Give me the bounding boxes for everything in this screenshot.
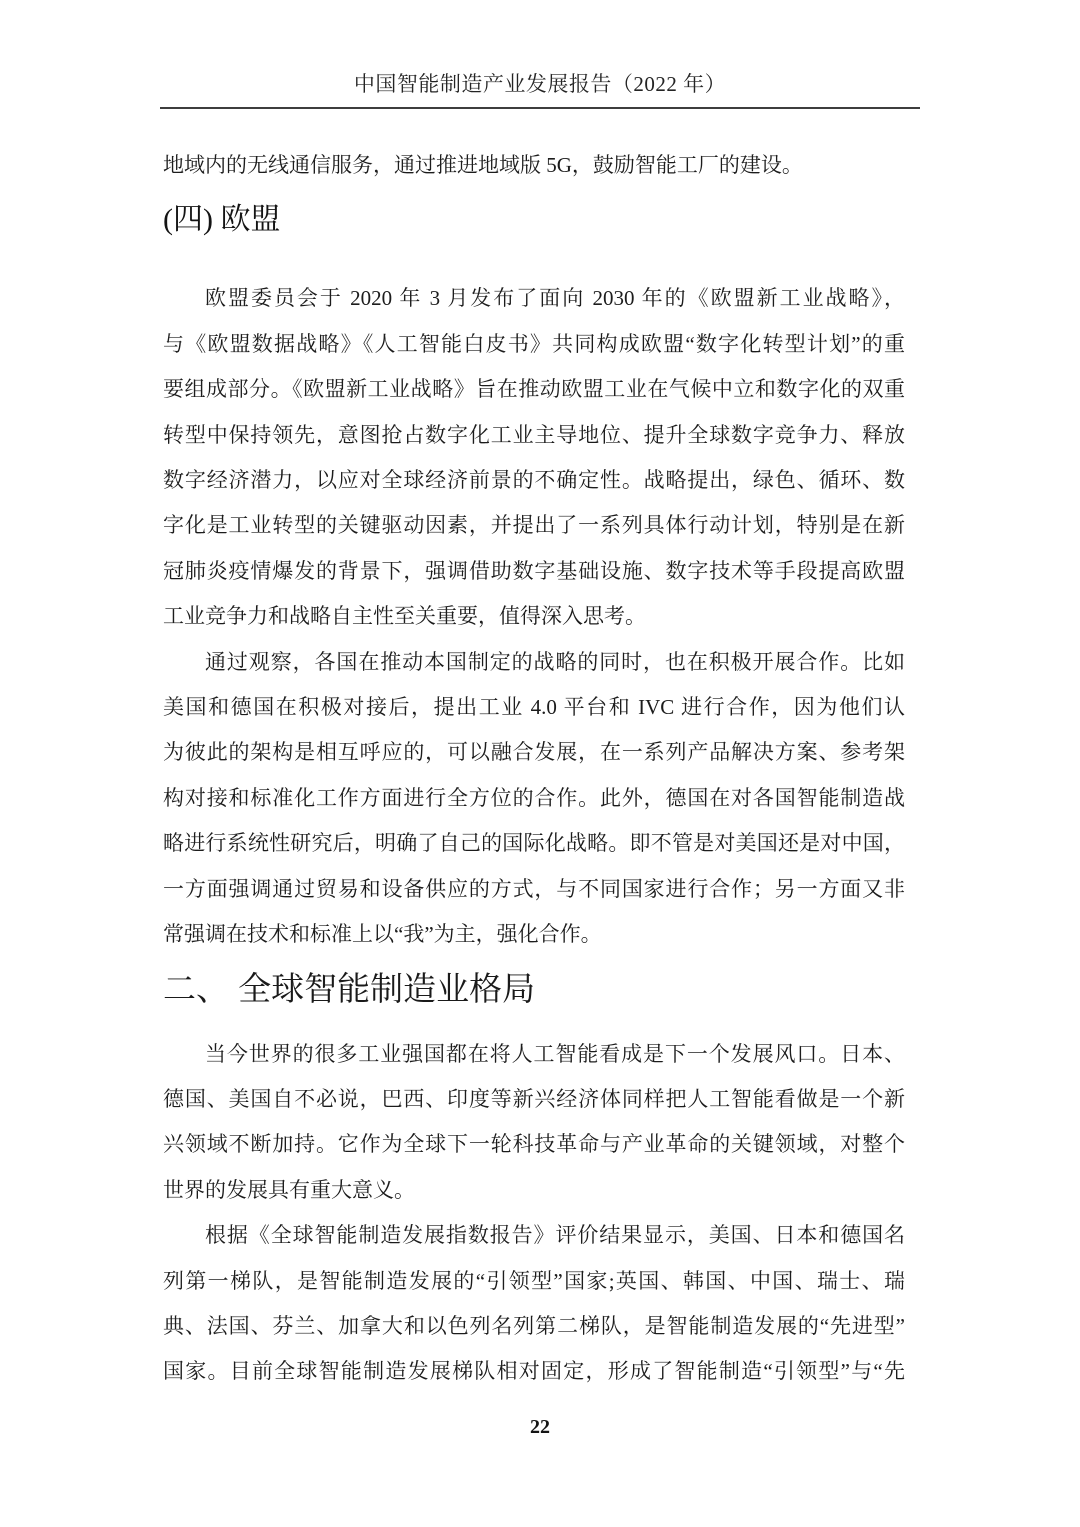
paragraph-cooperation: 通过观察，各国在推动本国制定的战略的同时，也在积极开展合作。比如 美国和德国在积… xyxy=(163,640,905,958)
section-heading-eu: (四) 欧盟 xyxy=(163,200,905,240)
document-page: 中国智能制造产业发展报告（2022 年） 地域内的无线通信服务，通过推进地域版 … xyxy=(0,0,1080,1527)
text-line: 美国和德国在积极对接后，提出工业 4.0 平台和 IVC 进行合作，因为他们认 xyxy=(163,685,905,730)
text-line: 列第一梯队，是智能制造发展的“引领型”国家;英国、韩国、中国、瑞士、瑞 xyxy=(163,1259,905,1304)
paragraph-index-report: 根据《全球智能制造发展指数报告》评价结果显示，美国、日本和德国名 列第一梯队，是… xyxy=(163,1213,905,1395)
section-heading-global: 二、 全球智能制造业格局 xyxy=(163,966,905,1012)
header-title: 中国智能制造产业发展报告（2022 年） xyxy=(354,72,726,96)
page-footer: 22 xyxy=(0,1415,1080,1439)
page-number: 22 xyxy=(530,1416,550,1438)
text-line: 常强调在技术和标准上以“我”为主，强化合作。 xyxy=(163,912,905,957)
header-rule: 中国智能制造产业发展报告（2022 年） xyxy=(160,70,920,109)
text-line: 一方面强调通过贸易和设备供应的方式，与不同国家进行合作；另一方面又非 xyxy=(163,867,905,912)
text-line: 字化是工业转型的关键驱动因素，并提出了一系列具体行动计划，特别是在新 xyxy=(163,503,905,548)
paragraph-world: 当今世界的很多工业强国都在将人工智能看成是下一个发展风口。日本、 德国、美国自不… xyxy=(163,1032,905,1214)
text-line: 构对接和标准化工作方面进行全方位的合作。此外，德国在对各国智能制造战 xyxy=(163,776,905,821)
text-line: 工业竞争力和战略自主性至关重要，值得深入思考。 xyxy=(163,594,905,639)
text-line: 数字经济潜力，以应对全球经济前景的不确定性。战略提出，绿色、循环、数 xyxy=(163,458,905,503)
text-line: 根据《全球智能制造发展指数报告》评价结果显示，美国、日本和德国名 xyxy=(163,1213,905,1258)
text-line: 欧盟委员会于 2020 年 3 月发布了面向 2030 年的《欧盟新工业战略》， xyxy=(163,276,905,321)
page-header: 中国智能制造产业发展报告（2022 年） xyxy=(160,0,920,109)
text-line: 要组成部分。《欧盟新工业战略》旨在推动欧盟工业在气候中立和数字化的双重 xyxy=(163,367,905,412)
text-line: 世界的发展具有重大意义。 xyxy=(163,1168,905,1213)
text-line: 兴领域不断加持。它作为全球下一轮科技革命与产业革命的关键领域，对整个 xyxy=(163,1122,905,1167)
text-line: 德国、美国自不必说，巴西、印度等新兴经济体同样把人工智能看做是一个新 xyxy=(163,1077,905,1122)
document-body: 地域内的无线通信服务，通过推进地域版 5G，鼓励智能工厂的建设。 (四) 欧盟 … xyxy=(163,143,905,1395)
text-line: 典、法国、芬兰、加拿大和以色列名列第二梯队，是智能制造发展的“先进型” xyxy=(163,1304,905,1349)
text-line: 通过观察，各国在推动本国制定的战略的同时，也在积极开展合作。比如 xyxy=(163,640,905,685)
text-line: 当今世界的很多工业强国都在将人工智能看成是下一个发展风口。日本、 xyxy=(163,1032,905,1077)
text-line: 与《欧盟数据战略》《人工智能白皮书》共同构成欧盟“数字化转型计划”的重 xyxy=(163,322,905,367)
text-line: 略进行系统性研究后，明确了自己的国际化战略。即不管是对美国还是对中国， xyxy=(163,821,905,866)
text-line: 冠肺炎疫情爆发的背景下，强调借助数字基础设施、数字技术等手段提高欧盟 xyxy=(163,549,905,594)
text-line: 转型中保持领先，意图抢占数字化工业主导地位、提升全球数字竞争力、释放 xyxy=(163,413,905,458)
paragraph-eu: 欧盟委员会于 2020 年 3 月发布了面向 2030 年的《欧盟新工业战略》，… xyxy=(163,276,905,639)
text-line: 地域内的无线通信服务，通过推进地域版 5G，鼓励智能工厂的建设。 xyxy=(163,143,905,188)
text-line: 为彼此的架构是相互呼应的，可以融合发展，在一系列产品解决方案、参考架 xyxy=(163,730,905,775)
text-line: 国家。目前全球智能制造发展梯队相对固定，形成了智能制造“引领型”与“先 xyxy=(163,1349,905,1394)
